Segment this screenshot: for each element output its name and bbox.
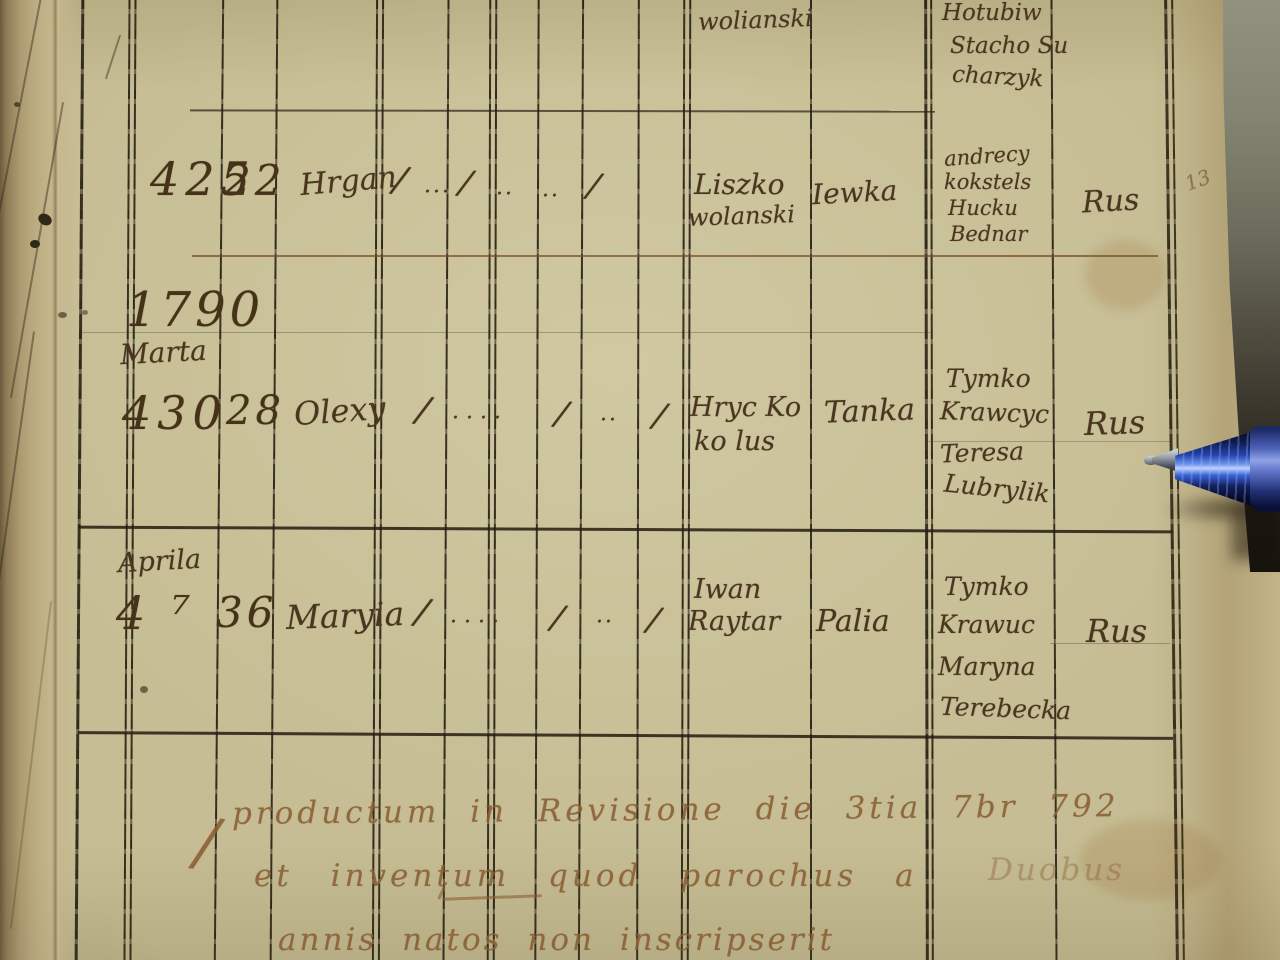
- tick-mark: ···: [424, 180, 451, 205]
- record-day: 28: [226, 388, 285, 434]
- witness-line: Lubrylik: [943, 469, 1051, 509]
- ink-blot: [14, 102, 20, 107]
- mother-name: Palia: [816, 604, 890, 639]
- pen-cone: [1175, 430, 1253, 508]
- religion-label: Rus: [1081, 183, 1140, 221]
- footer-note-line-faint: Duobus: [988, 852, 1125, 888]
- mother-name: Tanka: [823, 392, 915, 430]
- witness-line: Krawcyc: [940, 396, 1050, 429]
- month-label: Marta: [119, 334, 207, 371]
- pen-metal-tip: [1152, 446, 1178, 474]
- ballpoint-pen: [1142, 424, 1280, 524]
- tick-mark: ····: [450, 610, 506, 635]
- mother-name: Iewka: [811, 174, 898, 211]
- witness-line: Maryna: [938, 652, 1036, 681]
- tick-mark: /: [457, 162, 475, 203]
- tick-mark: ··: [600, 408, 618, 433]
- witness-line: Tymko: [944, 572, 1029, 601]
- paper-stain: [1085, 240, 1165, 310]
- witness-line: Hucku: [948, 196, 1018, 220]
- witness-line: Bednar: [950, 222, 1027, 246]
- tick-mark: /: [553, 393, 571, 434]
- witness-line: Tymko: [946, 364, 1031, 393]
- page-number: 13: [1182, 164, 1214, 195]
- ink-blot: [140, 686, 148, 693]
- record-number: 430: [122, 386, 228, 440]
- child-name: Hrgan: [299, 160, 399, 203]
- header-witness-line: Hotubiw: [942, 0, 1042, 26]
- footer-note-line: annis natos non inscripserit: [278, 922, 835, 958]
- footer-flourish: /: [192, 805, 221, 881]
- pen-grip: [1250, 426, 1280, 512]
- father-name-line: wolanski: [688, 200, 796, 232]
- ink-blot: [58, 312, 67, 318]
- tick-mark: ··: [496, 182, 514, 207]
- footer-note-line: productum in Revisione die 3tia 7br 792: [232, 788, 1120, 832]
- child-name: Olexy: [293, 389, 387, 433]
- witness-line: Krawuc: [938, 610, 1035, 639]
- tick-mark: /: [651, 395, 669, 436]
- child-name: Maryia: [285, 594, 404, 637]
- register-page-photo: wolianski Hotubiw Stacho Su charzyk 425 …: [0, 0, 1280, 960]
- record-day: 22: [224, 156, 285, 205]
- month-label: Aprila: [117, 544, 202, 579]
- father-name-line: Raytar: [688, 606, 780, 637]
- tick-mark: ··: [542, 184, 560, 209]
- witness-line: andrecy: [943, 141, 1030, 171]
- religion-label: Rus: [1083, 403, 1145, 443]
- tick-mark: /: [549, 597, 567, 638]
- ink-mark: [105, 35, 121, 79]
- tick-mark: ··: [596, 610, 614, 635]
- father-name-line: ko lus: [694, 426, 775, 457]
- record-day: 36: [216, 588, 277, 637]
- header-witness-line: charzyk: [951, 62, 1044, 93]
- tick-mark: /: [645, 599, 663, 640]
- witness-line: kokstels: [944, 170, 1031, 194]
- header-witness-line: Stacho Su: [950, 33, 1068, 59]
- religion-label: Rus: [1086, 612, 1147, 650]
- father-name-line: Hryc Ko: [690, 392, 801, 423]
- year-label: 1790: [126, 282, 264, 338]
- witness-line: Terebecka: [940, 692, 1072, 726]
- witness-line: Teresa: [940, 437, 1025, 469]
- tick-mark: /: [585, 165, 603, 206]
- footer-note-line: et inventum quod parochus a: [254, 858, 918, 894]
- father-name-line: Liszko: [694, 168, 785, 201]
- tick-mark: ····: [452, 406, 508, 431]
- father-name-line: Iwan: [694, 574, 761, 605]
- tick-mark: /: [413, 591, 432, 633]
- tick-mark: /: [414, 389, 433, 431]
- ink-blot: [82, 310, 88, 315]
- ink-blot: [30, 240, 40, 248]
- header-father-fragment: wolianski: [698, 4, 814, 36]
- record-number: 4 ⁷: [116, 586, 196, 640]
